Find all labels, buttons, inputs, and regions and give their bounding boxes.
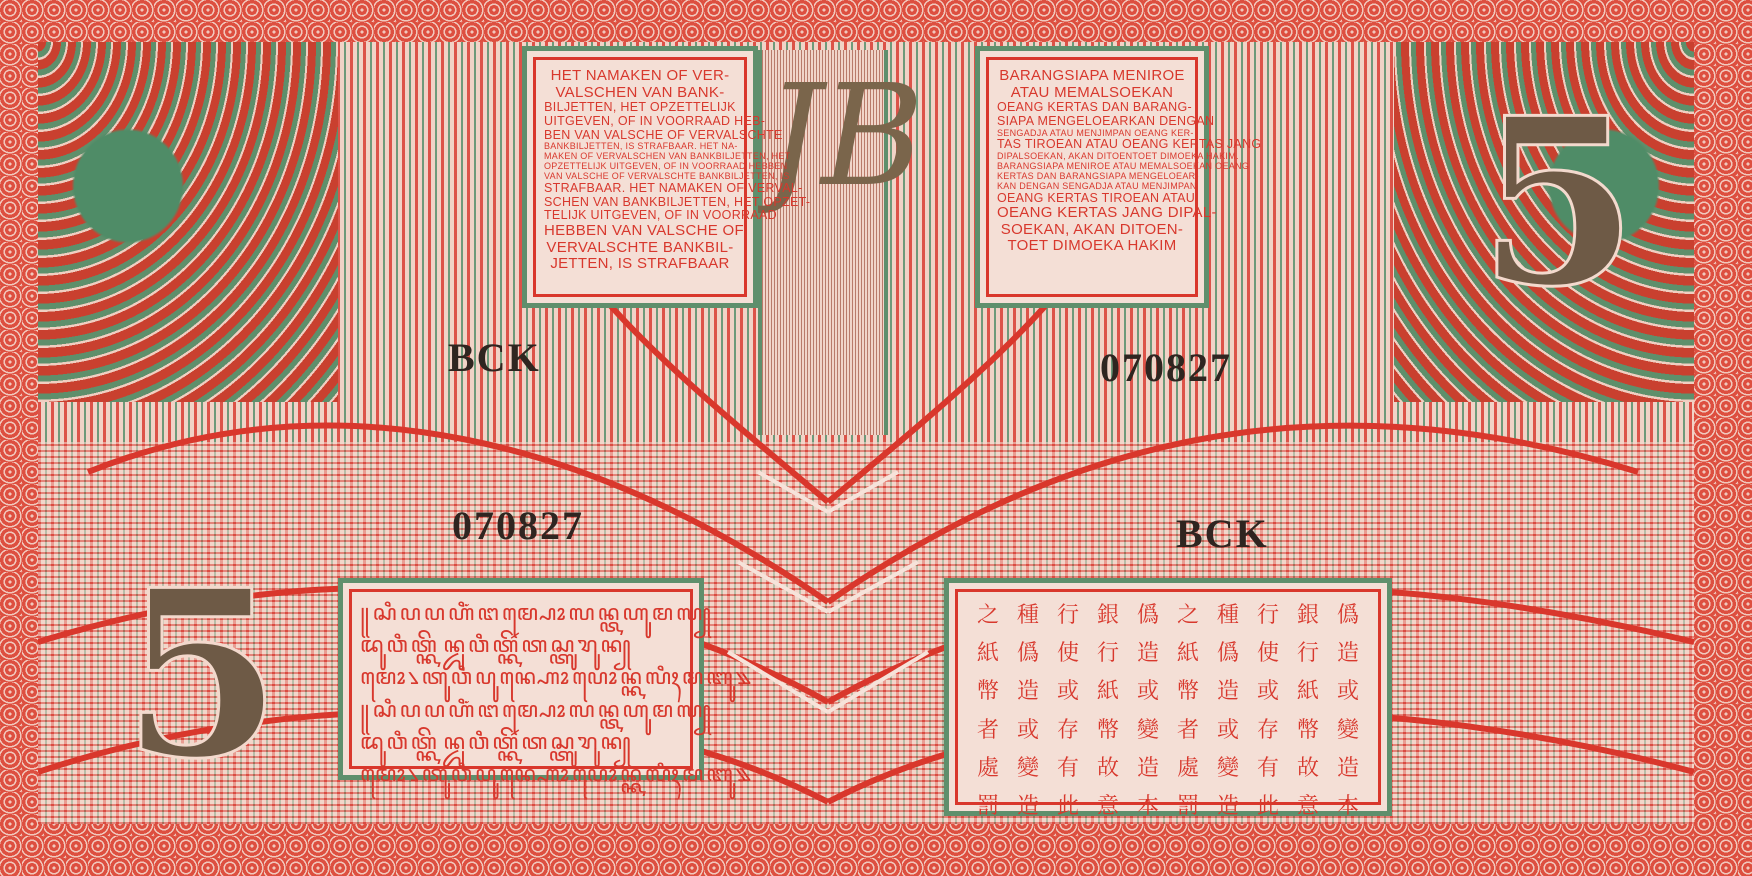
chinese-character: 造 bbox=[1208, 795, 1248, 819]
chinese-character: 紙 bbox=[1288, 680, 1328, 704]
chinese-character: 使 bbox=[1048, 642, 1088, 666]
javanese-line: ꦢꦸꦮꦶꦠ꧀ꦏꦼꦤ꧀ꦢꦸꦮꦶꦠ꧀ꦏꦼꦂꦠꦱ꧀ꦠꦸꦫꦸꦤ꧀ bbox=[360, 731, 682, 755]
chinese-character: 僞 bbox=[1128, 604, 1168, 628]
chinese-character: 僞 bbox=[1328, 604, 1368, 628]
chinese-character: 種 bbox=[1008, 604, 1048, 628]
chinese-character: 紙 bbox=[1088, 680, 1128, 704]
warning-line: BILJETTEN, HET OPZETTELIJK bbox=[544, 101, 736, 115]
warning-line: TELIJK UITGEVEN, OF IN VOORRAAD bbox=[544, 209, 736, 223]
chinese-character: 造 bbox=[1328, 642, 1368, 666]
warning-line: VALSCHEN VAN BANK- bbox=[544, 85, 736, 102]
chinese-character: 幣 bbox=[1288, 719, 1328, 743]
chinese-character: 意 bbox=[1088, 795, 1128, 819]
chinese-character: 造 bbox=[1008, 795, 1048, 819]
javanese-line: ꦩꦺꦴ꧈ꦠꦸꦮꦶꦥꦸꦤ꧀ꦲꦺꦴꦥꦺꦴꦤ꧀ꦏꦭꦶꦃꦩꦧꦸ꧉ bbox=[360, 666, 682, 690]
chinese-warning-text: 之種行銀僞之種行銀僞紙僞使行造紙僞使行造幣造或紙或幣造或紙或者或存幣變者或存幣變… bbox=[955, 589, 1381, 805]
warning-line: SOEKAN, AKAN DITOEN- bbox=[997, 222, 1187, 239]
serial-number-right: 070827 bbox=[1100, 344, 1232, 391]
chinese-character: 意 bbox=[1288, 795, 1328, 819]
chinese-character: 故 bbox=[1088, 757, 1128, 781]
chinese-character: 行 bbox=[1088, 642, 1128, 666]
chinese-character: 者 bbox=[968, 719, 1008, 743]
warning-line: OEANG KERTAS DAN BARANG- bbox=[997, 101, 1187, 115]
chinese-character: 變 bbox=[1008, 757, 1048, 781]
chinese-character: 造 bbox=[1008, 680, 1048, 704]
chinese-character: 造 bbox=[1208, 680, 1248, 704]
dutch-warning-panel: HET NAMAKEN OF VER-VALSCHEN VAN BANK-BIL… bbox=[522, 46, 758, 308]
warning-line: BARANGSIAPA MENIROE bbox=[997, 68, 1187, 85]
chinese-character: 罰 bbox=[1168, 795, 1208, 819]
chinese-character: 或 bbox=[1248, 680, 1288, 704]
chinese-character: 故 bbox=[1288, 757, 1328, 781]
serial-prefix-right: BCK bbox=[1176, 510, 1269, 557]
chinese-character: 之 bbox=[1168, 604, 1208, 628]
chinese-character: 變 bbox=[1208, 757, 1248, 781]
chinese-character: 者 bbox=[1168, 719, 1208, 743]
chinese-character: 有 bbox=[1248, 757, 1288, 781]
warning-line: UITGEVEN, OF IN VOORRAAD HEB- bbox=[544, 115, 736, 129]
warning-line: TAS TIROEAN ATAU OEANG KERTAS JANG bbox=[997, 138, 1187, 152]
chinese-character: 之 bbox=[968, 604, 1008, 628]
chinese-character: 罰 bbox=[968, 795, 1008, 819]
chinese-character: 造 bbox=[1128, 642, 1168, 666]
chinese-character: 幣 bbox=[1168, 680, 1208, 704]
warning-line: SCHEN VAN BANKBILJETTEN, HET OPZET- bbox=[544, 196, 736, 210]
chinese-character: 幣 bbox=[1088, 719, 1128, 743]
javanese-warning-text: ꧋ꦱꦶꦥꦥꦲꦶꦁꦔꦩ꧀ꦥꦺꦴꦭꦤ꧀ꦠꦲꦸꦩꦭ꧀ꦢꦸꦮꦶꦠ꧀ꦏꦼꦤ꧀ꦢꦸꦮꦶꦠ꧀ꦏ… bbox=[349, 589, 693, 769]
warning-line: BEN VAN VALSCHE OF VERVALSCHTE bbox=[544, 129, 736, 143]
chinese-warning-panel: 之種行銀僞之種行銀僞紙僞使行造紙僞使行造幣造或紙或幣造或紙或者或存幣變者或存幣變… bbox=[944, 578, 1392, 816]
chinese-character: 存 bbox=[1248, 719, 1288, 743]
serial-prefix-left: BCK bbox=[448, 334, 541, 381]
chinese-character: 或 bbox=[1328, 680, 1368, 704]
banknote-reverse: JB HET NAMAKEN OF VER-VALSCHEN VAN BANK-… bbox=[0, 0, 1752, 876]
javanese-line: ꧋ꦱꦶꦥꦥꦲꦶꦁꦔꦩ꧀ꦥꦺꦴꦭꦤ꧀ꦠꦲꦸꦩꦭ꧀ bbox=[360, 602, 682, 626]
chinese-character: 處 bbox=[968, 757, 1008, 781]
chinese-character: 造 bbox=[1328, 757, 1368, 781]
chinese-character: 使 bbox=[1248, 642, 1288, 666]
serial-number-left: 070827 bbox=[452, 502, 584, 549]
malay-warning-text: BARANGSIAPA MENIROEATAU MEMALSOEKANOEANG… bbox=[986, 57, 1198, 297]
chinese-character: 變 bbox=[1328, 719, 1368, 743]
chinese-character: 或 bbox=[1048, 680, 1088, 704]
javanese-line: ꦢꦸꦮꦶꦠ꧀ꦏꦼꦤ꧀ꦢꦸꦮꦶꦠ꧀ꦏꦼꦂꦠꦱ꧀ꦠꦸꦫꦸꦤ꧀ bbox=[360, 634, 682, 658]
chinese-character: 本 bbox=[1328, 795, 1368, 819]
chinese-character: 行 bbox=[1288, 642, 1328, 666]
chinese-character-grid: 之種行銀僞之種行銀僞紙僞使行造紙僞使行造幣造或紙或幣造或紙或者或存幣變者或存幣變… bbox=[958, 596, 1378, 827]
chinese-character: 紙 bbox=[1168, 642, 1208, 666]
javanese-line: ꧋ꦱꦶꦥꦥꦲꦶꦁꦔꦩ꧀ꦥꦺꦴꦭꦤ꧀ꦠꦲꦸꦩꦭ꧀ bbox=[360, 699, 682, 723]
chinese-character: 存 bbox=[1048, 719, 1088, 743]
chinese-character: 有 bbox=[1048, 757, 1088, 781]
javanese-warning-panel: ꧋ꦱꦶꦥꦥꦲꦶꦁꦔꦩ꧀ꦥꦺꦴꦭꦤ꧀ꦠꦲꦸꦩꦭ꧀ꦢꦸꦮꦶꦠ꧀ꦏꦼꦤ꧀ꦢꦸꦮꦶꦠ꧀ꦏ… bbox=[338, 578, 704, 780]
chinese-character: 此 bbox=[1048, 795, 1088, 819]
chinese-character: 變 bbox=[1128, 719, 1168, 743]
chinese-character: 紙 bbox=[968, 642, 1008, 666]
warning-line: OEANG KERTAS TIROEAN ATAU bbox=[997, 192, 1187, 206]
warning-line: HET NAMAKEN OF VER- bbox=[544, 68, 736, 85]
warning-line: JETTEN, IS STRAFBAAR bbox=[544, 256, 736, 273]
chinese-character: 或 bbox=[1128, 680, 1168, 704]
chinese-character: 銀 bbox=[1288, 604, 1328, 628]
chinese-character: 處 bbox=[1168, 757, 1208, 781]
javanese-line: ꦩꦺꦴ꧈ꦠꦸꦮꦶꦥꦸꦤ꧀ꦲꦺꦴꦥꦺꦴꦤ꧀ꦏꦭꦶꦃꦩꦧꦸ꧉ bbox=[360, 763, 682, 787]
warning-line: HEBBEN VAN VALSCHE OF bbox=[544, 223, 736, 240]
warning-line: VERVALSCHTE BANKBIL- bbox=[544, 240, 736, 257]
chinese-character: 行 bbox=[1048, 604, 1088, 628]
chinese-character: 本 bbox=[1128, 795, 1168, 819]
chinese-character: 或 bbox=[1008, 719, 1048, 743]
chinese-character: 造 bbox=[1128, 757, 1168, 781]
chinese-character: 此 bbox=[1248, 795, 1288, 819]
chinese-character: 僞 bbox=[1008, 642, 1048, 666]
chinese-character: 或 bbox=[1208, 719, 1248, 743]
warning-line: TOET DIMOEKA HAKIM bbox=[997, 238, 1187, 255]
warning-line: SIAPA MENGELOEARKAN DENGAN bbox=[997, 115, 1187, 129]
warning-line: OEANG KERTAS JANG DIPAL- bbox=[997, 205, 1187, 222]
chinese-character: 行 bbox=[1248, 604, 1288, 628]
chinese-character: 銀 bbox=[1088, 604, 1128, 628]
warning-line: STRAFBAAR. HET NAMAKEN OF VERVAL- bbox=[544, 182, 736, 196]
malay-warning-panel: BARANGSIAPA MENIROEATAU MEMALSOEKANOEANG… bbox=[975, 46, 1209, 308]
denomination-numeral-right: 5 bbox=[1478, 88, 1638, 318]
denomination-numeral-left: 5 bbox=[122, 560, 282, 790]
chinese-character: 僞 bbox=[1208, 642, 1248, 666]
warning-line: ATAU MEMALSOEKAN bbox=[997, 85, 1187, 102]
chinese-character: 幣 bbox=[968, 680, 1008, 704]
chinese-character: 種 bbox=[1208, 604, 1248, 628]
dutch-warning-text: HET NAMAKEN OF VER-VALSCHEN VAN BANK-BIL… bbox=[533, 57, 747, 297]
